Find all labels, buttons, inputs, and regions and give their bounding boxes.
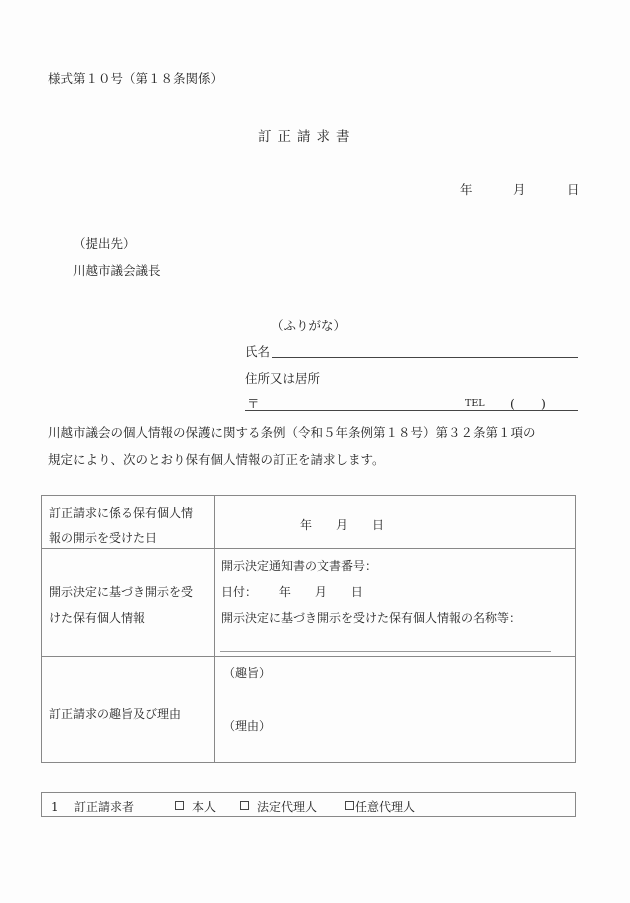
option-self-label: 本人: [192, 801, 216, 813]
notice-date-field[interactable]: 日付： 年 月 日: [221, 586, 363, 598]
disclosure-date-field[interactable]: 年 月 日: [300, 519, 384, 531]
requester-item-number: 1: [51, 801, 59, 813]
tel-label: TEL: [465, 399, 485, 409]
disclosed-info-name-label: 開示決定に基づき開示を受けた保有個人情報の名称等：: [221, 612, 521, 624]
postal-mark-icon: 〒: [247, 398, 260, 411]
tel-area-code-open: (: [510, 398, 515, 411]
column-divider: [214, 496, 215, 762]
row2-label-line2: けた保有個人情報: [49, 612, 145, 624]
option-voluntary-agent-label: 任意代理人: [355, 801, 415, 813]
row3-label: 訂正請求の趣旨及び理由: [49, 708, 181, 720]
document-title: 訂正請求書: [258, 131, 356, 145]
form-number: 様式第１０号（第１８条関係）: [48, 73, 223, 86]
row-divider: [42, 548, 575, 549]
reason-label: （理由）: [223, 720, 271, 732]
statement-line-2: 規定により、次のとおり保有個人情報の訂正を請求します。: [48, 454, 385, 467]
name-field[interactable]: [272, 357, 578, 358]
date-month-label: 月: [513, 184, 526, 197]
submit-to-label: （提出先）: [73, 238, 136, 251]
address-label: 住所又は居所: [245, 373, 320, 386]
purpose-label: （趣旨）: [223, 667, 271, 679]
statement-line-1: 川越市議会の個人情報の保護に関する条例（令和５年条例第１８号）第３２条第１項の: [48, 427, 536, 440]
furigana-label: （ふりがな）: [271, 320, 346, 333]
requester-label: 訂正請求者: [74, 801, 134, 813]
row1-label-line1: 訂正請求に係る保有個人情: [49, 507, 193, 519]
row2-label-line1: 開示決定に基づき開示を受: [49, 586, 193, 598]
notice-document-number-field[interactable]: 開示決定通知書の文書番号：: [221, 560, 377, 572]
date-year-label: 年: [460, 184, 473, 197]
row1-label-line2: 報の開示を受けた日: [49, 532, 157, 544]
disclosed-info-name-field[interactable]: [220, 651, 551, 652]
name-label: 氏名: [245, 346, 270, 359]
tel-area-code-close: ): [541, 398, 546, 411]
option-legal-representative-label: 法定代理人: [257, 801, 317, 813]
date-day-label: 日: [567, 184, 580, 197]
address-field[interactable]: [245, 410, 578, 411]
checkbox-self[interactable]: [175, 801, 184, 810]
checkbox-legal-representative[interactable]: [240, 801, 249, 810]
row-divider: [42, 656, 575, 657]
checkbox-voluntary-agent[interactable]: [345, 801, 354, 810]
recipient-name: 川越市議会議長: [73, 265, 161, 278]
requester-type-box: 1 訂正請求者 本人 法定代理人 任意代理人: [41, 792, 576, 817]
request-details-table: 訂正請求に係る保有個人情 報の開示を受けた日 年 月 日 開示決定に基づき開示を…: [41, 495, 576, 763]
